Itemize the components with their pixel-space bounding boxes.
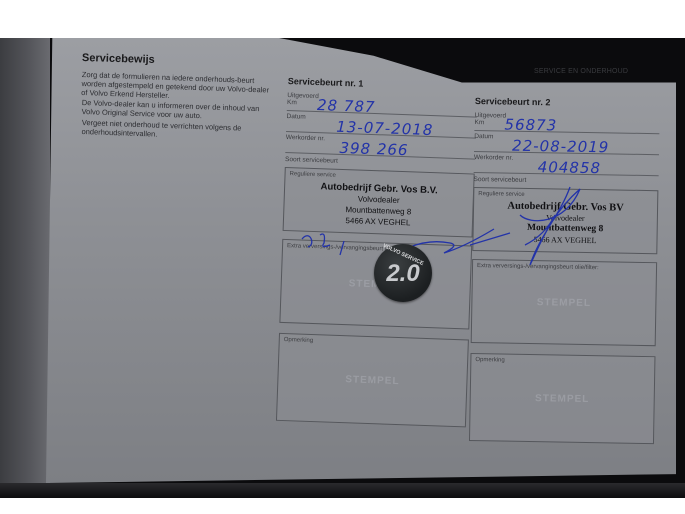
date-label: Datum [286,113,305,121]
extra-service-box: Extra verversings-/vervangingsbeurt olie… [471,259,657,346]
intro-title: Servicebewijs [82,52,155,66]
workorder-value: 398 266 [339,139,409,159]
remark-label: Opmerking [284,337,314,344]
service-2-title: Servicebeurt nr. 2 [475,96,660,109]
dealer-stamp: Autobedrijf Gebr. Vos B.V. Volvodealer M… [284,180,473,231]
stamp-watermark: STEMPEL [471,392,654,406]
dealer-stamp: Autobedrijf Gebr. Vos BV Volvodealer Mou… [473,200,657,247]
workorder-label: Werkorder nr. [286,134,325,142]
workorder-value: 404858 [538,158,602,177]
remark-box: Opmerking STEMPEL [469,353,656,444]
page-shadow [0,483,685,498]
badge-value: 2.0 [374,260,432,288]
service-type-label: Soort servicebeurt [473,176,658,186]
km-label: Uitgevoerd Km [474,112,506,127]
km-label: Uitgevoerd Km [287,92,319,107]
regular-service-label: Reguliere service [289,171,336,179]
service-1: Servicebeurt nr. 1 Uitgevoerd Km 28 787 … [276,76,478,427]
service-2: Servicebeurt nr. 2 Uitgevoerd Km 56873 D… [469,96,660,444]
regular-service-box: Reguliere service Autobedrijf Gebr. Vos … [283,167,475,238]
date-label: Datum [474,133,493,140]
workorder-label: Werkorder nr. [474,154,513,162]
extra-service-label: Extra verversings-/vervangingsbeurt olie… [477,263,599,271]
remark-label: Opmerking [475,357,504,364]
stamp-line: 5466 AX VEGHEL [473,233,656,247]
regular-service-label: Reguliere service [478,191,524,198]
remark-box: Opmerking STEMPEL [276,333,469,428]
stamp-watermark: STEMPEL [472,296,655,310]
stamp-watermark: STEMPEL [278,372,466,390]
workorder-field: Werkorder nr. 404858 [474,152,659,176]
regular-service-box: Reguliere service Autobedrijf Gebr. Vos … [472,187,658,254]
volvo-service-badge: VOLVO SERVICE 2.0 [374,244,432,302]
section-header: SERVICE EN ONDERHOUD [534,68,628,75]
booklet-spine [0,38,50,498]
